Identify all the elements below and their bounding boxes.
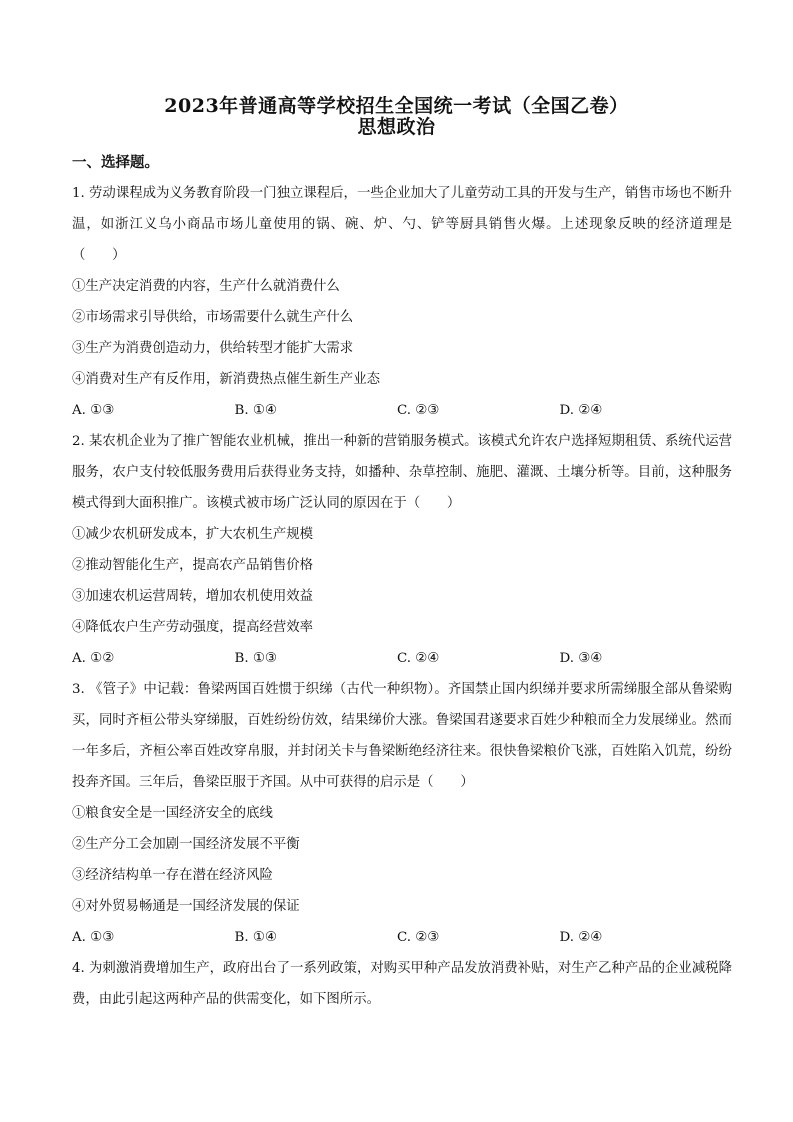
answer-options: A. ①③ B. ①④ C. ②③ D. ②④ (72, 922, 732, 953)
question-stem: 1. 劳动课程成为义务教育阶段一门独立课程后，一些企业加大了儿童劳动工具的开发与… (72, 178, 732, 271)
question-4: 4. 为刺激消费增加生产，政府出台了一系列政策，对购买甲种产品发放消费补贴，对生… (72, 953, 732, 1015)
option-d: D. ②④ (560, 395, 723, 426)
option-c: C. ②③ (397, 395, 560, 426)
option-c: C. ②③ (397, 922, 560, 953)
question-3: 3. 《管子》中记载：鲁梁两国百姓惯于织绨（古代一种织物）。齐国禁止国内织绨并要… (72, 674, 732, 953)
question-stem: 2. 某农机企业为了推广智能农业机械，推出一种新的营销服务模式。该模式允许农户选… (72, 426, 732, 519)
answer-options: A. ①② B. ①③ C. ②④ D. ③④ (72, 643, 732, 674)
answer-options: A. ①③ B. ①④ C. ②③ D. ②④ (72, 395, 732, 426)
option-a: A. ①③ (72, 395, 235, 426)
statement: ①减少农机研发成本，扩大农机生产规模 (72, 519, 732, 550)
exam-page: 2023年普通高等学校招生全国统一考试（全国乙卷） 思想政治 一、选择题。 1.… (0, 0, 793, 1122)
statement: ①粮食安全是一国经济安全的底线 (72, 798, 732, 829)
statement: ②生产分工会加剧一国经济发展不平衡 (72, 829, 732, 860)
statement: ③生产为消费创造动力，供给转型才能扩大需求 (72, 333, 732, 364)
option-c: C. ②④ (397, 643, 560, 674)
exam-content: 一、选择题。 1. 劳动课程成为义务教育阶段一门独立课程后，一些企业加大了儿童劳… (72, 147, 732, 1015)
statement: ③加速农机运营周转，增加农机使用效益 (72, 581, 732, 612)
option-b: B. ①④ (235, 395, 398, 426)
option-a: A. ①② (72, 643, 235, 674)
statement: ③经济结构单一存在潜在经济风险 (72, 860, 732, 891)
option-b: B. ①③ (235, 643, 398, 674)
question-stem: 3. 《管子》中记载：鲁梁两国百姓惯于织绨（古代一种织物）。齐国禁止国内织绨并要… (72, 674, 732, 798)
statement: ①生产决定消费的内容，生产什么就消费什么 (72, 271, 732, 302)
subject-title: 思想政治 (0, 114, 793, 140)
option-b: B. ①④ (235, 922, 398, 953)
option-d: D. ③④ (560, 643, 723, 674)
statement: ④对外贸易畅通是一国经济发展的保证 (72, 891, 732, 922)
statement: ④降低农户生产劳动强度，提高经营效率 (72, 612, 732, 643)
statement: ②市场需求引导供给，市场需要什么就生产什么 (72, 302, 732, 333)
statement: ④消费对生产有反作用，新消费热点催生新生产业态 (72, 364, 732, 395)
option-d: D. ②④ (560, 922, 723, 953)
section-heading: 一、选择题。 (72, 147, 732, 178)
question-stem: 4. 为刺激消费增加生产，政府出台了一系列政策，对购买甲种产品发放消费补贴，对生… (72, 953, 732, 1015)
option-a: A. ①③ (72, 922, 235, 953)
question-1: 1. 劳动课程成为义务教育阶段一门独立课程后，一些企业加大了儿童劳动工具的开发与… (72, 178, 732, 426)
statement: ②推动智能化生产，提高农产品销售价格 (72, 550, 732, 581)
question-2: 2. 某农机企业为了推广智能农业机械，推出一种新的营销服务模式。该模式允许农户选… (72, 426, 732, 674)
